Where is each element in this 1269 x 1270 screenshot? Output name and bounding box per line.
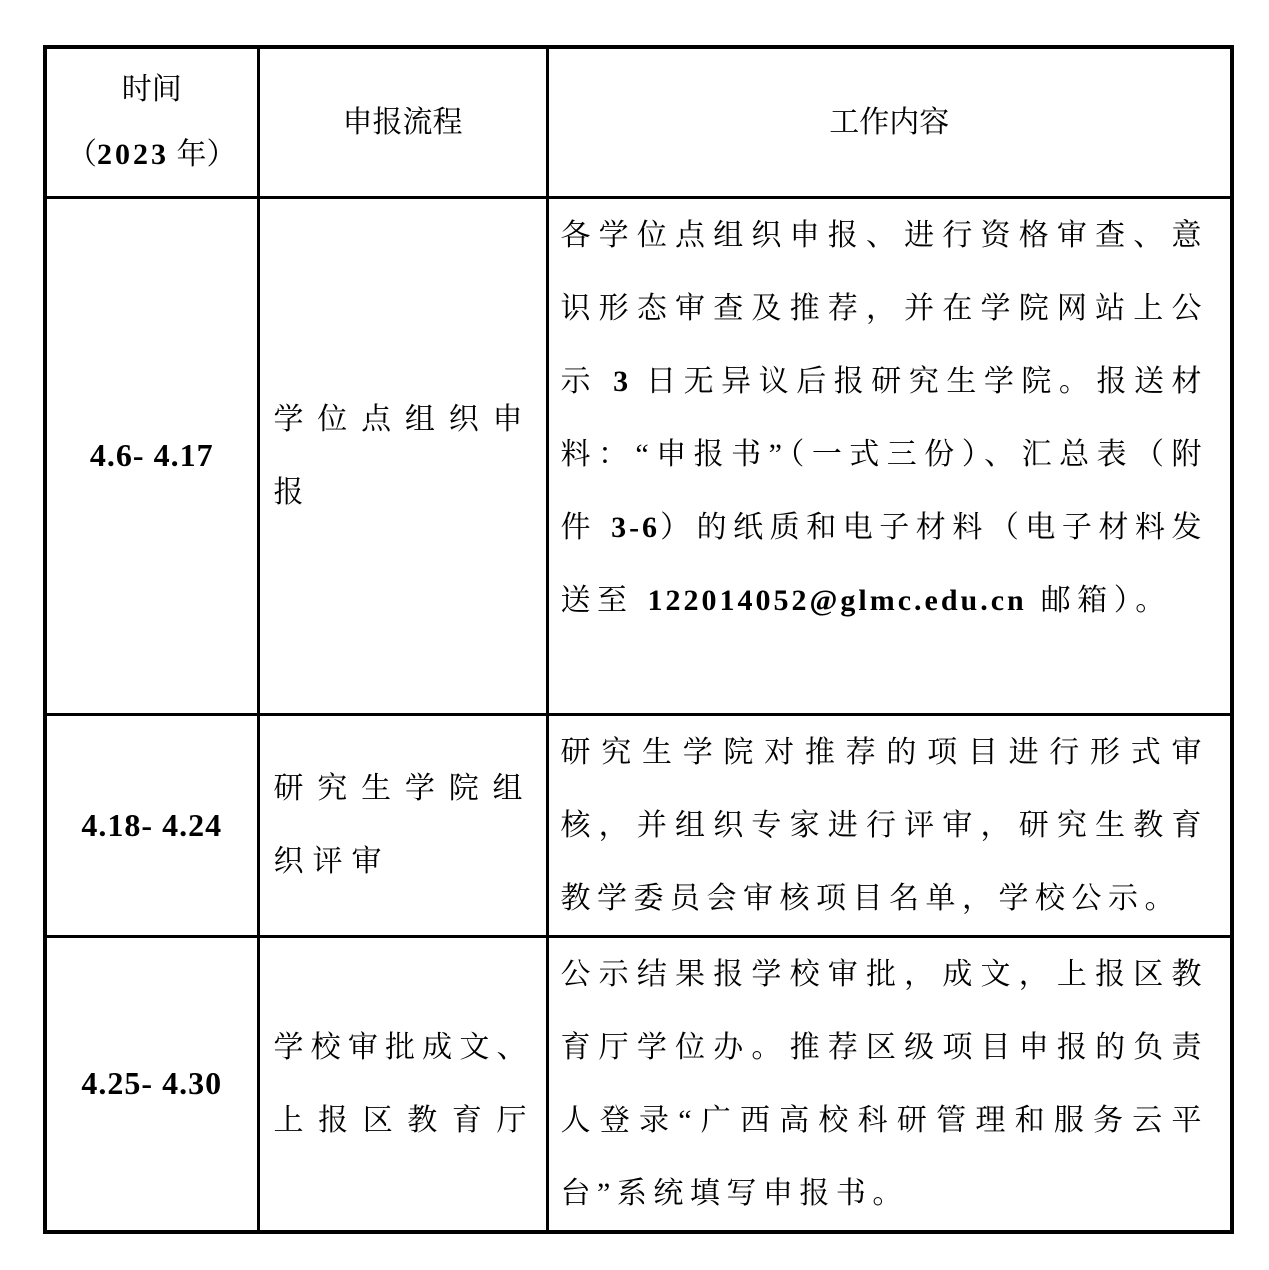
text-segment: 年）	[169, 138, 237, 171]
table-row-3: 4.25- 4.30 学校审批成文、上报区教育厅 公示结果报学校审批，成文，上报…	[45, 936, 1232, 1232]
table-row-2: 4.18- 4.24 研究生学院组织评审 研究生学院对推荐的项目进行形式审核，并…	[45, 714, 1232, 936]
row3-process-cell: 学校审批成文、上报区教育厅	[258, 936, 547, 1232]
row2-content-cell: 研究生学院对推荐的项目进行形式审核，并组织专家进行评审，研究生教育教学委员会审核…	[547, 714, 1232, 936]
bold-text-segment: 3-6	[611, 511, 660, 544]
document-page: 时间 （2023 年） 申报流程 工作内容 4.6- 4.17 学位点组织申报 …	[0, 0, 1269, 1270]
row2-time-cell: 4.18- 4.24	[45, 714, 258, 936]
row3-time-cell: 4.25- 4.30	[45, 936, 258, 1232]
row1-time-cell: 4.6- 4.17	[45, 197, 258, 714]
bold-text-segment: 2023	[97, 138, 169, 171]
header-cell-content: 工作内容	[547, 47, 1232, 197]
row3-content-cell: 公示结果报学校审批，成文，上报区教育厅学位办。推荐区级项目申报的负责人登录“广西…	[547, 936, 1232, 1232]
text-segment: （	[67, 138, 97, 171]
row1-process-cell: 学位点组织申报	[258, 197, 547, 714]
row2-process-cell: 研究生学院组织评审	[258, 714, 547, 936]
header-cell-process: 申报流程	[258, 47, 547, 197]
header-time-line1: 时间	[48, 57, 256, 122]
row1-content-cell: 各学位点组织申报、进行资格审查、意识形态审查及推荐，并在学院网站上公示 3 日无…	[547, 197, 1232, 714]
text-segment: 邮箱）。	[1027, 584, 1172, 617]
header-time-line2: （2023 年）	[48, 122, 256, 187]
bold-text-segment: 122014052@glmc.edu.cn	[648, 584, 1027, 617]
header-cell-time: 时间 （2023 年）	[45, 47, 258, 197]
table-header-row: 时间 （2023 年） 申报流程 工作内容	[45, 47, 1232, 197]
bold-text-segment: 3	[613, 365, 631, 398]
table-row-1: 4.6- 4.17 学位点组织申报 各学位点组织申报、进行资格审查、意识形态审查…	[45, 197, 1232, 714]
schedule-table: 时间 （2023 年） 申报流程 工作内容 4.6- 4.17 学位点组织申报 …	[43, 45, 1234, 1234]
text-segment: 研究生学院对推荐的项目进行形式审核，并组织专家进行评审，研究生教育教学委员会审核…	[561, 736, 1209, 915]
text-segment: 公示结果报学校审批，成文，上报区教育厅学位办。推荐区级项目申报的负责人登录“广西…	[561, 958, 1209, 1210]
